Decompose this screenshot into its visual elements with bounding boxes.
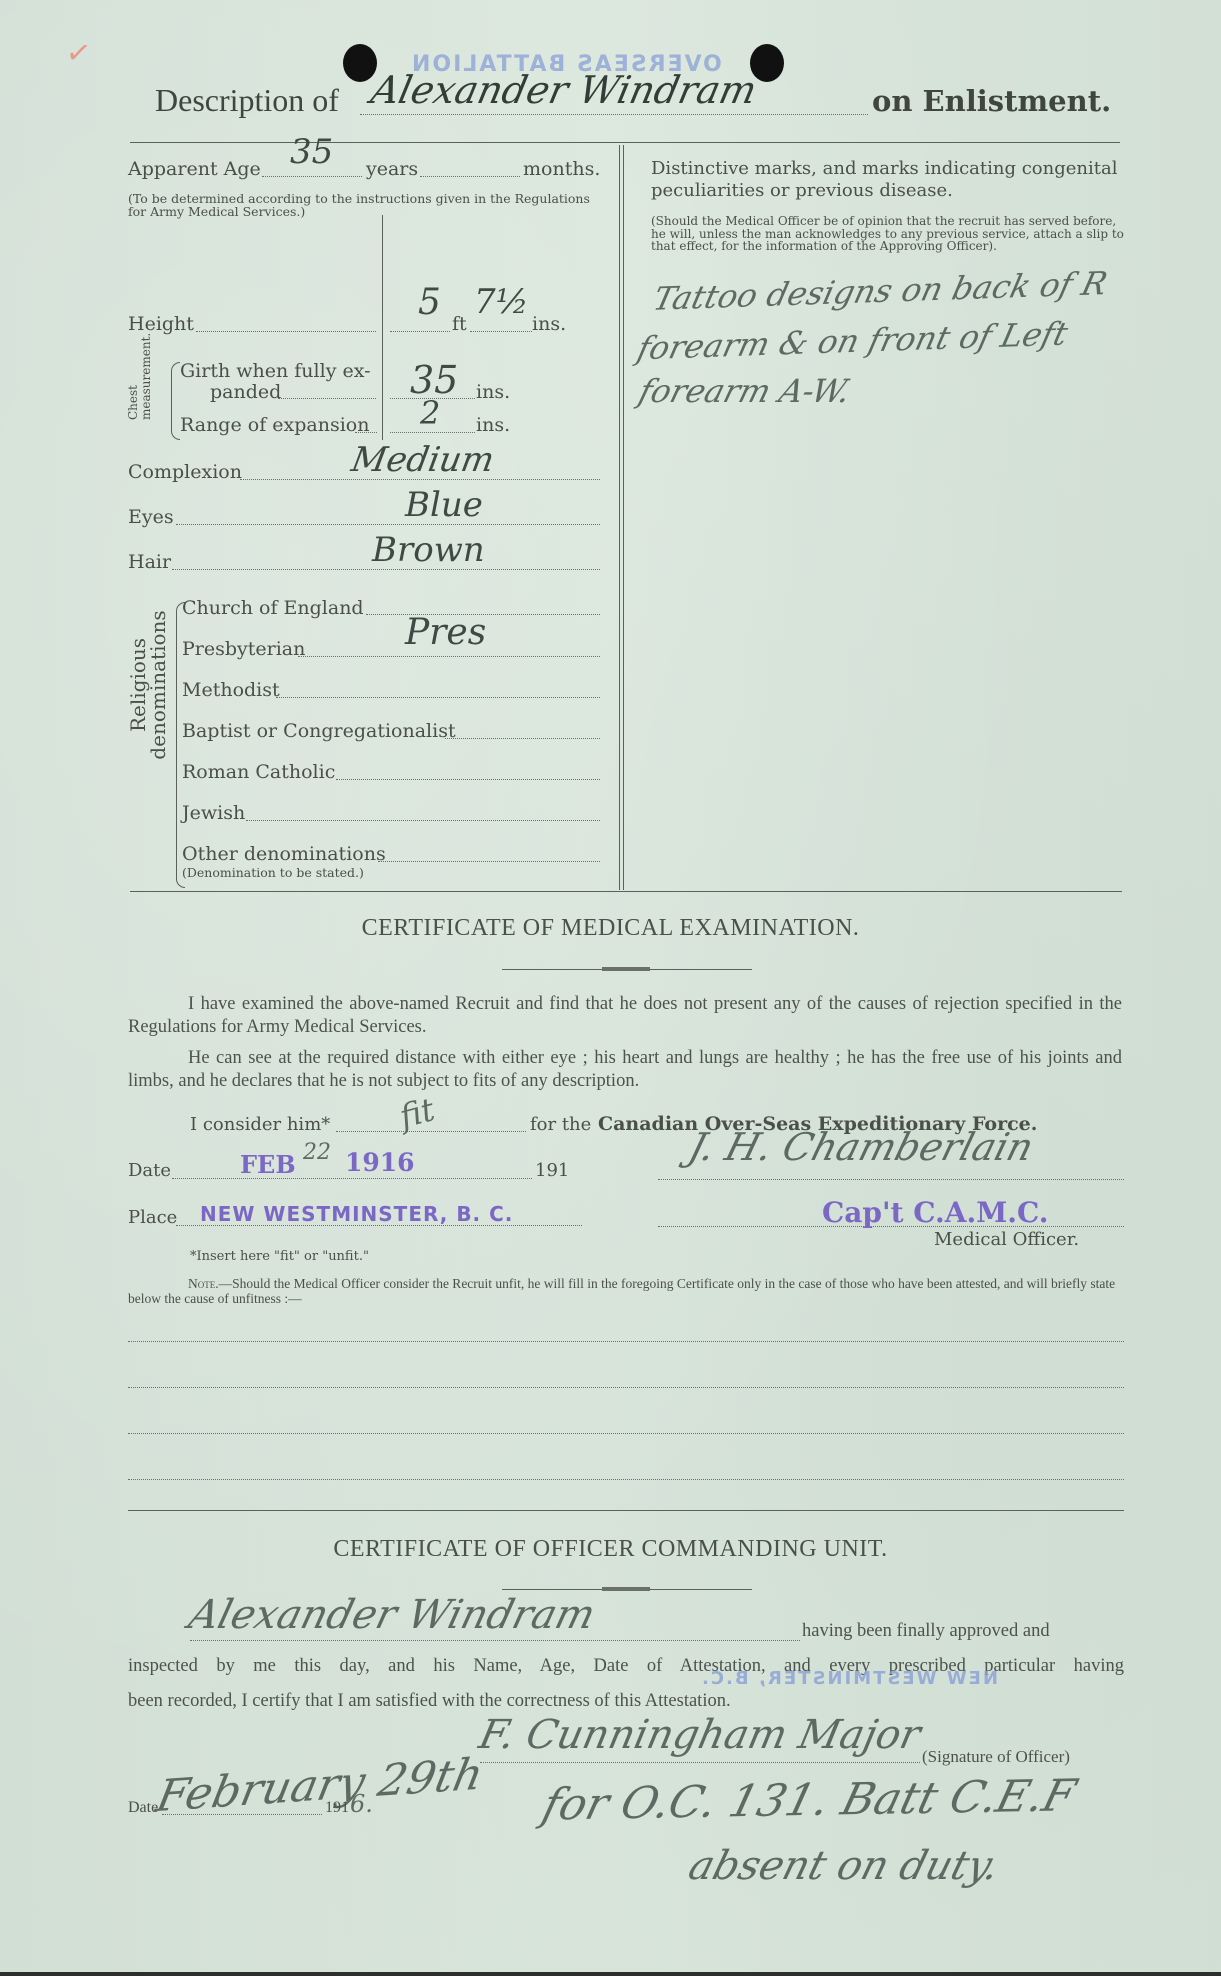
complexion-label: Complexion xyxy=(128,461,242,483)
chest-measurement-label: Chest measurement. xyxy=(127,300,153,420)
title-name-line xyxy=(360,114,868,115)
marks-entry-line3: forearm A-W. xyxy=(635,372,855,410)
medical-officer-signature-line xyxy=(658,1179,1124,1180)
religion-group-label: Religious denominations xyxy=(128,580,168,790)
date-stamp-year: 1916 xyxy=(345,1148,415,1177)
religion-other-note: (Denomination to be stated.) xyxy=(182,866,364,879)
age-years-line xyxy=(262,176,362,177)
unfitness-line-1 xyxy=(128,1341,1124,1342)
medical-ornament-center xyxy=(602,967,650,971)
apparent-age-value: 35 xyxy=(290,132,333,172)
religion-line-other xyxy=(378,861,600,862)
commanding-annotation-line1: for O.C. 131. Batt C.E.F xyxy=(537,1770,1080,1830)
unfitness-line-3 xyxy=(128,1433,1124,1434)
religion-group-label-line2: denominations xyxy=(148,580,168,790)
page-bottom-edge xyxy=(0,1972,1221,1976)
marks-entry-line1: Tattoo designs on back of R xyxy=(650,264,1111,318)
religion-line-presbyterian xyxy=(298,656,600,657)
hair-label: Hair xyxy=(128,551,171,573)
height-ft-value: 5 xyxy=(418,282,441,323)
unfit-note-text: —Should the Medical Officer consider the… xyxy=(128,1276,1115,1306)
unfit-note: Note.—Should the Medical Officer conside… xyxy=(128,1276,1124,1306)
years-label: years xyxy=(366,158,418,180)
commanding-paragraph-line3: been recorded, I certify that I am satis… xyxy=(128,1690,731,1713)
commanding-approved-text: having been finally approved and xyxy=(802,1620,1050,1643)
religion-item-presbyterian: Presbyterian xyxy=(182,638,305,660)
hair-value: Brown xyxy=(372,530,485,570)
girth-label-line1: Girth when fully ex- xyxy=(180,360,371,382)
religion-group-label-line1: Religious xyxy=(128,580,148,790)
force-label-prefix: for the xyxy=(530,1114,591,1135)
commanding-date-value: February 29th xyxy=(152,1749,487,1822)
medical-officer-signature: J. H. Chamberlain xyxy=(684,1125,1038,1169)
medical-officer-rank-stamp: Cap't C.A.M.C. xyxy=(822,1196,1049,1229)
fit-unfit-footnote: *Insert here "fit" or "unfit." xyxy=(190,1250,369,1263)
consider-label: I consider him* xyxy=(190,1114,330,1135)
description-bottom-rule xyxy=(130,891,1122,892)
medical-certificate-heading: CERTIFICATE OF MEDICAL EXAMINATION. xyxy=(0,915,1221,942)
marks-heading-line2: peculiarities or previous disease. xyxy=(651,180,953,201)
column-divider-b xyxy=(623,145,624,890)
religion-line-methodist xyxy=(276,697,600,698)
measurement-divider xyxy=(382,215,383,440)
height-in-line xyxy=(470,331,532,332)
age-months-line xyxy=(420,176,520,177)
religion-value-presbyterian: Pres xyxy=(405,612,486,653)
place-stamp: NEW WESTMINSTER, B. C. xyxy=(200,1202,513,1226)
medical-officer-title: Medical Officer. xyxy=(934,1229,1079,1250)
commanding-ornament-center xyxy=(602,1587,650,1591)
commanding-date-year-suffix: 6. xyxy=(350,1790,373,1818)
marks-entry-line2: forearm & on front of Left xyxy=(634,315,1072,368)
commanding-annotation-line2: absent on duty. xyxy=(684,1843,1005,1889)
medical-paragraph-1: I have examined the above-named Recruit … xyxy=(128,993,1122,1039)
commanding-officer-signature: F. Cunningham Major xyxy=(475,1712,924,1758)
date-stamp-month: FEB xyxy=(240,1150,296,1179)
religion-item-other: Other denominations xyxy=(182,843,386,865)
range-label-dots xyxy=(355,432,377,433)
punch-hole-left xyxy=(343,44,377,82)
commanding-recruit-name: Alexander Windram xyxy=(184,1592,600,1638)
religion-item-methodist: Methodist xyxy=(182,679,280,701)
religion-item-church-of-england: Church of England xyxy=(182,597,364,619)
height-label-line xyxy=(196,331,376,332)
height-ft-line xyxy=(390,331,450,332)
medical-date-line xyxy=(172,1178,532,1179)
medical-bottom-rule xyxy=(128,1510,1124,1511)
signature-of-officer-label: (Signature of Officer) xyxy=(922,1745,1070,1768)
header-divider xyxy=(130,142,1120,143)
religion-item-jewish: Jewish xyxy=(182,802,245,824)
commanding-date-year-prefix: 191 xyxy=(325,1799,349,1817)
column-divider-a xyxy=(619,145,620,890)
eyes-line xyxy=(176,524,600,525)
commanding-signature-line xyxy=(480,1762,920,1763)
title-prefix: Description of xyxy=(155,82,339,119)
height-ft-unit: ft xyxy=(452,313,467,335)
apparent-age-label: Apparent Age xyxy=(128,158,261,180)
consider-value: fit xyxy=(396,1090,439,1136)
date-handwritten-day: 22 xyxy=(303,1140,331,1165)
complexion-value: Medium xyxy=(348,440,497,480)
medical-paragraph-2: He can see at the required distance with… xyxy=(128,1047,1122,1093)
chest-brace xyxy=(171,362,180,440)
unfit-note-label: Note. xyxy=(188,1276,219,1291)
place-label: Place xyxy=(128,1207,177,1228)
age-note: (To be determined according to the instr… xyxy=(128,192,608,218)
girth-label-dots xyxy=(278,398,376,399)
unfitness-line-4 xyxy=(128,1479,1124,1480)
religion-line-roman-catholic xyxy=(336,779,600,780)
recruit-name-handwritten: Alexander Windram xyxy=(367,68,760,112)
range-value-line xyxy=(390,432,475,433)
eyes-label: Eyes xyxy=(128,506,174,528)
marks-heading-line1: Distinctive marks, and marks indicating … xyxy=(651,158,1117,179)
title-suffix: on Enlistment. xyxy=(872,84,1111,118)
height-in-value: 7½ xyxy=(474,282,529,322)
marks-note: (Should the Medical Officer be of opinio… xyxy=(651,215,1125,253)
height-in-unit: ins. xyxy=(532,313,566,335)
range-expansion-label: Range of expansion xyxy=(180,414,369,436)
range-value: 2 xyxy=(420,394,440,432)
mirrored-place-stamp: NEW WESTMINSTER, B.C. xyxy=(700,1668,998,1689)
religion-line-baptist xyxy=(445,738,600,739)
girth-unit: ins. xyxy=(476,381,510,403)
medical-date-year-prefix: 191 xyxy=(535,1160,569,1181)
consider-line xyxy=(336,1131,526,1132)
months-label: months. xyxy=(523,158,600,180)
range-unit: ins. xyxy=(476,414,510,436)
medical-date-label: Date xyxy=(128,1160,171,1181)
eyes-value: Blue xyxy=(405,485,483,525)
commanding-name-line xyxy=(190,1640,800,1641)
religion-item-baptist: Baptist or Congregationalist xyxy=(182,720,456,742)
religion-item-roman-catholic: Roman Catholic xyxy=(182,761,335,783)
red-check-mark-icon: ✓ xyxy=(64,34,94,72)
commanding-certificate-heading: CERTIFICATE OF OFFICER COMMANDING UNIT. xyxy=(0,1536,1221,1563)
unfitness-line-2 xyxy=(128,1387,1124,1388)
girth-label-line2: panded xyxy=(210,381,281,403)
religion-line-jewish xyxy=(246,820,600,821)
